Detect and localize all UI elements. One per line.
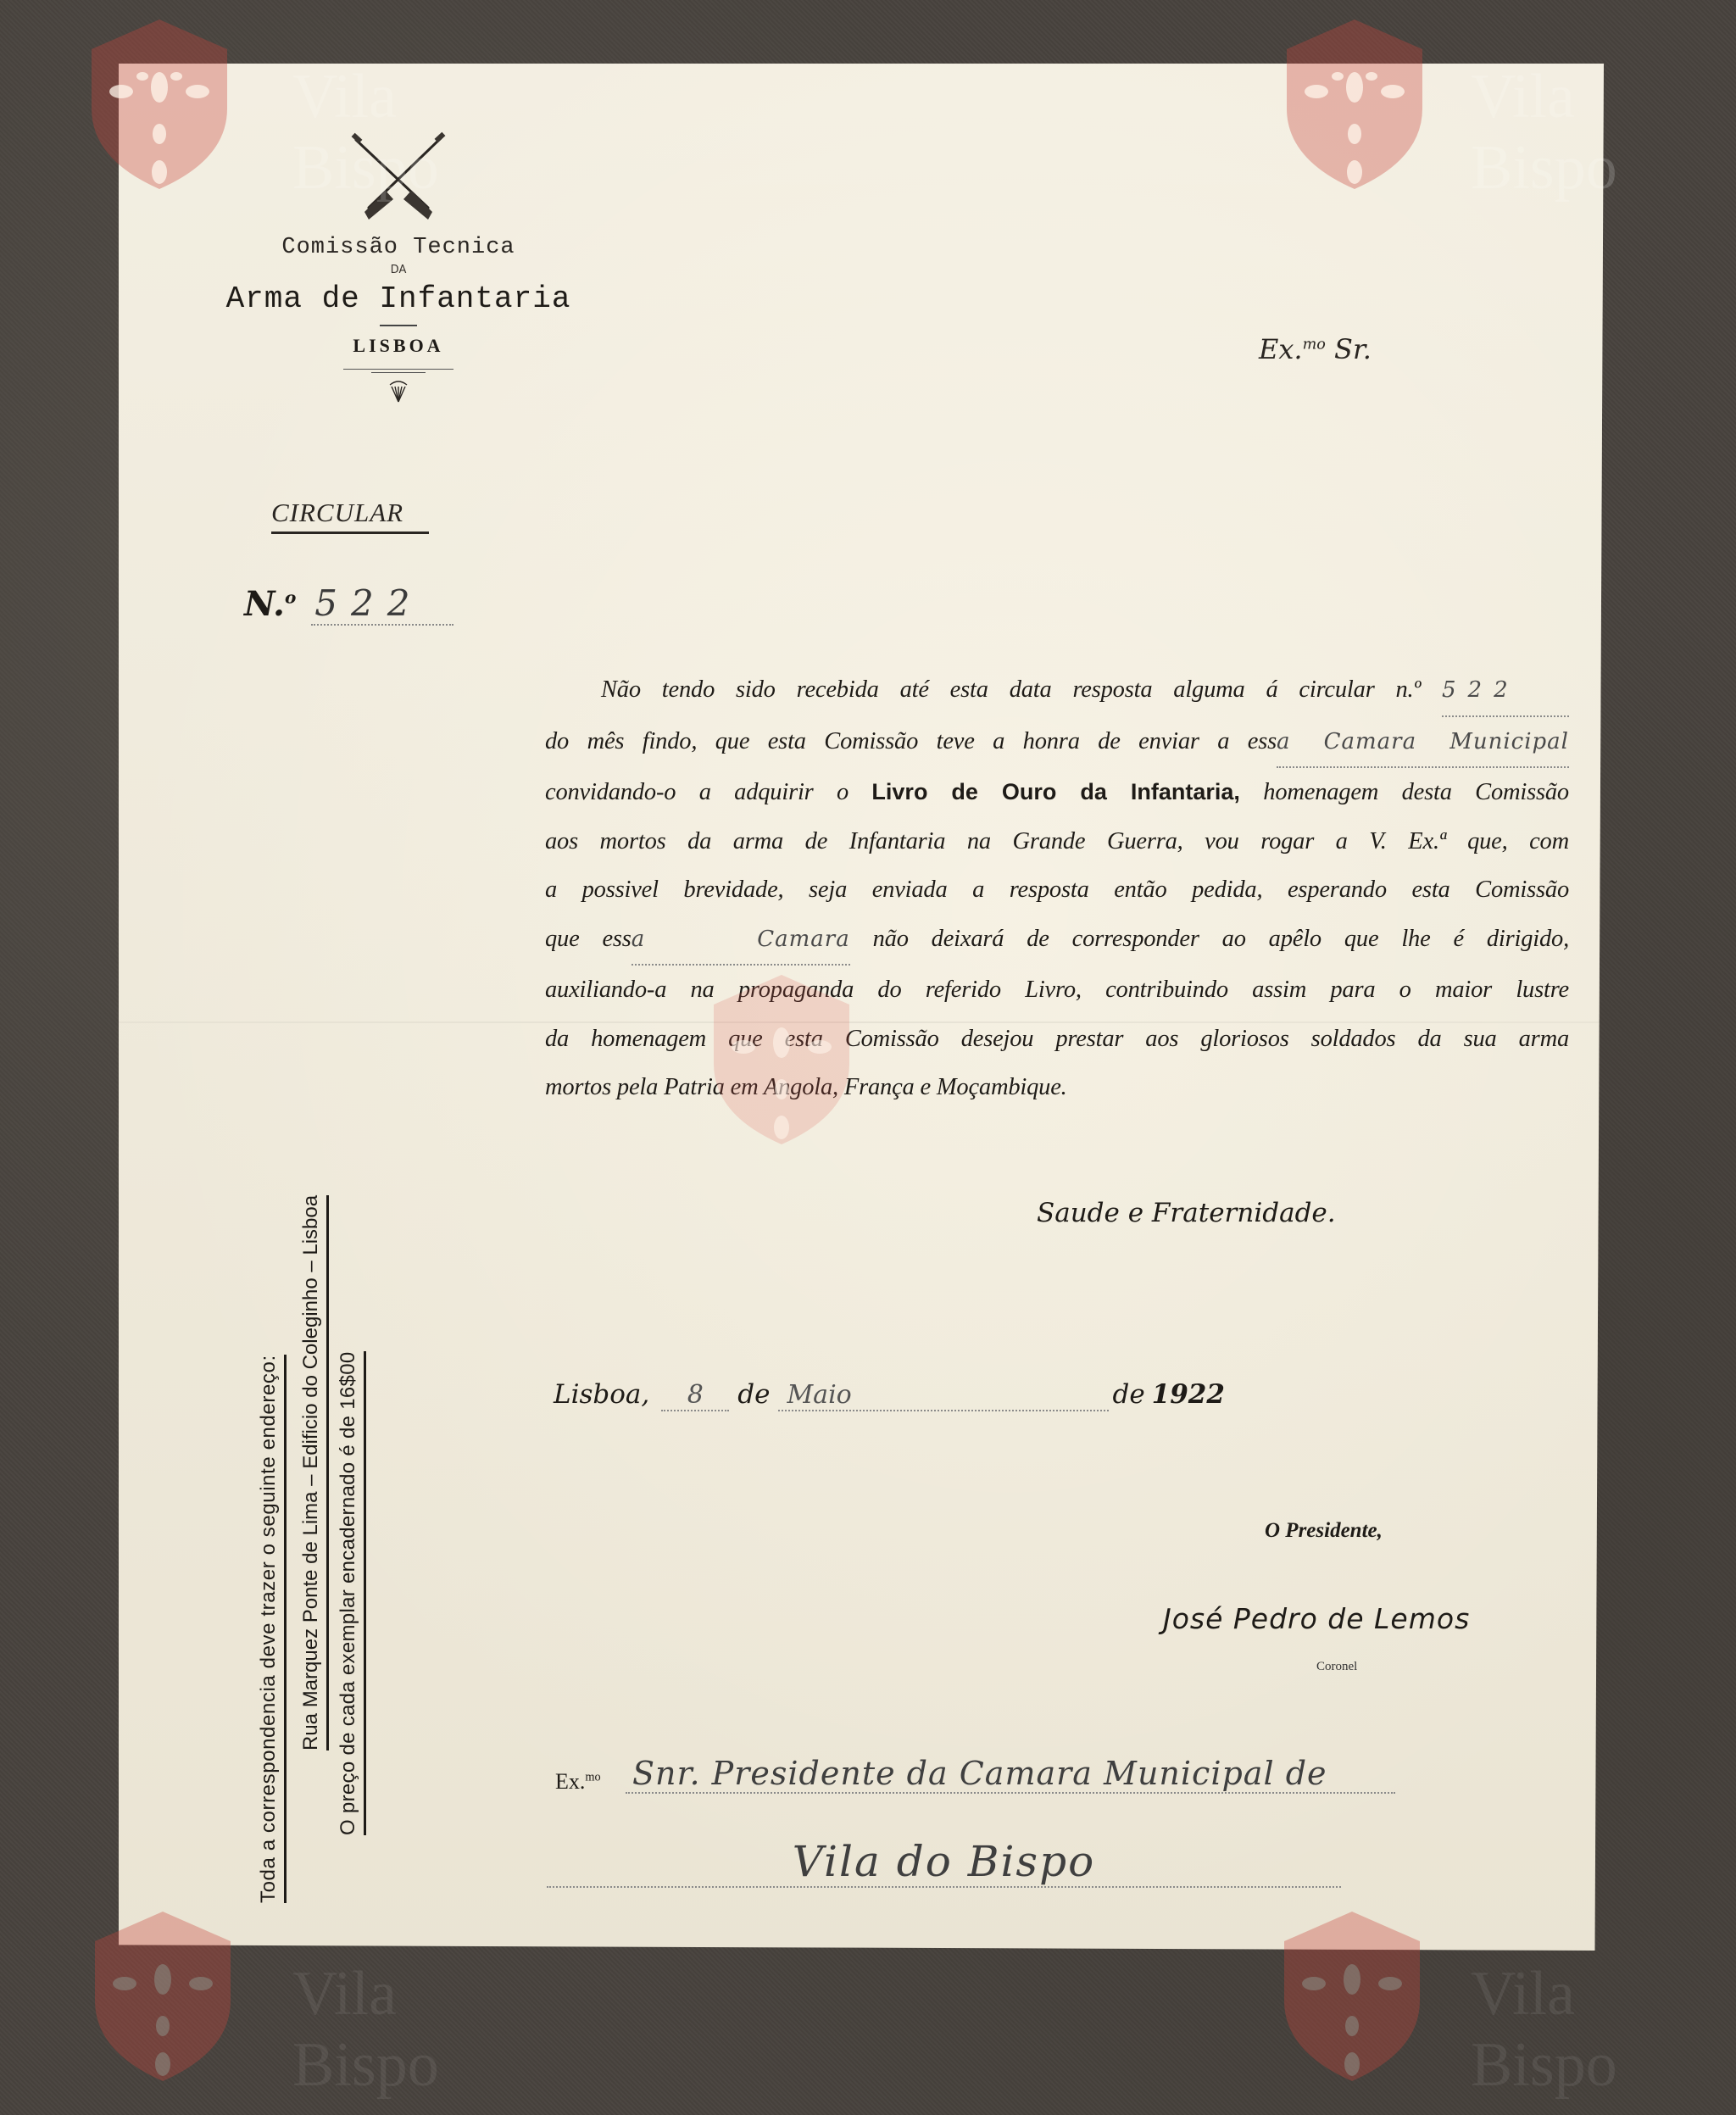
divider <box>380 325 417 326</box>
date-line: Lisboa, 8 de Maio de 1922 <box>554 1379 1225 1411</box>
handwritten-recipient: a Camara Municipal <box>1277 718 1569 769</box>
sidebar-correspondence-note: Toda a correspondencia deve trazer o seg… <box>257 1355 287 1903</box>
handwritten-circular-number: 522 <box>1442 666 1569 717</box>
body-line: aos mortos da arma de Infantaria na Gran… <box>545 817 1569 866</box>
number-label: N.o <box>244 584 296 624</box>
date-day: 8 <box>661 1380 729 1411</box>
body-line: mortos pela Patria em Angola, França e M… <box>545 1063 1569 1112</box>
letterhead: Comissão Tecnica DA Arma de Infantaria L… <box>186 131 610 404</box>
handwritten-recipient-short: a Camara <box>632 916 850 966</box>
letterhead-city: LISBOA <box>186 335 610 357</box>
letterhead-connector: DA <box>186 264 610 276</box>
sidebar-price-note: O preço de cada exemplar encadernado é d… <box>337 1352 366 1836</box>
date-city: Lisboa, <box>554 1379 649 1410</box>
date-year: 1922 <box>1152 1379 1225 1410</box>
addressee-line1: Snr. Presidente da Camara Municipal de <box>626 1755 1395 1794</box>
date-de: de <box>737 1379 770 1410</box>
crossed-rifles-icon <box>348 131 449 225</box>
letter-body: Não tendo sido recebida até esta data re… <box>545 665 1569 1112</box>
letterhead-line1: Comissão Tecnica <box>186 235 610 260</box>
body-line: convidando-o a adquirir o Livro de Ouro … <box>545 768 1569 817</box>
addressee-line2: Vila do Bispo <box>547 1837 1341 1888</box>
body-line: Não tendo sido recebida até esta data re… <box>545 665 1569 717</box>
signature-title: O Presidente, <box>1265 1519 1383 1543</box>
date-month: Maio <box>778 1380 1109 1411</box>
letter-page: Comissão Tecnica DA Arma de Infantaria L… <box>119 64 1604 1951</box>
closing-salutation: Saude e Fraternidade. <box>1037 1198 1336 1228</box>
addressee-prefix: Ex.mo <box>555 1769 601 1795</box>
vertical-sidebar: Toda a correspondencia deve trazer o seg… <box>186 801 407 1903</box>
circular-number-value: 522 <box>311 582 453 626</box>
watermark-text-bottom-left: Vila Bispo <box>292 1958 439 2101</box>
body-line: a possivel brevidade, seja enviada a res… <box>545 865 1569 915</box>
body-line: auxiliando-a na propaganda do referido L… <box>545 966 1569 1015</box>
date-de: de <box>1112 1379 1144 1410</box>
signature-rank: Coronel <box>1316 1660 1357 1674</box>
circular-label: CIRCULAR <box>271 498 429 534</box>
circular-number: N.o 522 <box>244 582 453 626</box>
letterhead-line2: Arma de Infantaria <box>186 281 610 316</box>
body-line: da homenagem que esta Comissão desejou p… <box>545 1015 1569 1064</box>
sidebar-address: Rua Marquez Ponte de Lima – Edificio do … <box>299 1195 329 1750</box>
divider <box>343 369 453 370</box>
body-line: do mês findo, que esta Comissão teve a h… <box>545 717 1569 769</box>
book-title: Livro de Ouro da Infantaria, <box>871 779 1239 804</box>
signature-name: José Pedro de Lemos <box>1163 1602 1470 1635</box>
shell-ornament-icon <box>387 378 409 404</box>
divider <box>371 372 426 373</box>
body-line: que essa Camara não deixará de correspon… <box>545 915 1569 966</box>
watermark-text-bottom-right: Vila Bispo <box>1471 1958 1617 2101</box>
salutation-top: Ex.mo Sr. <box>1259 333 1372 365</box>
